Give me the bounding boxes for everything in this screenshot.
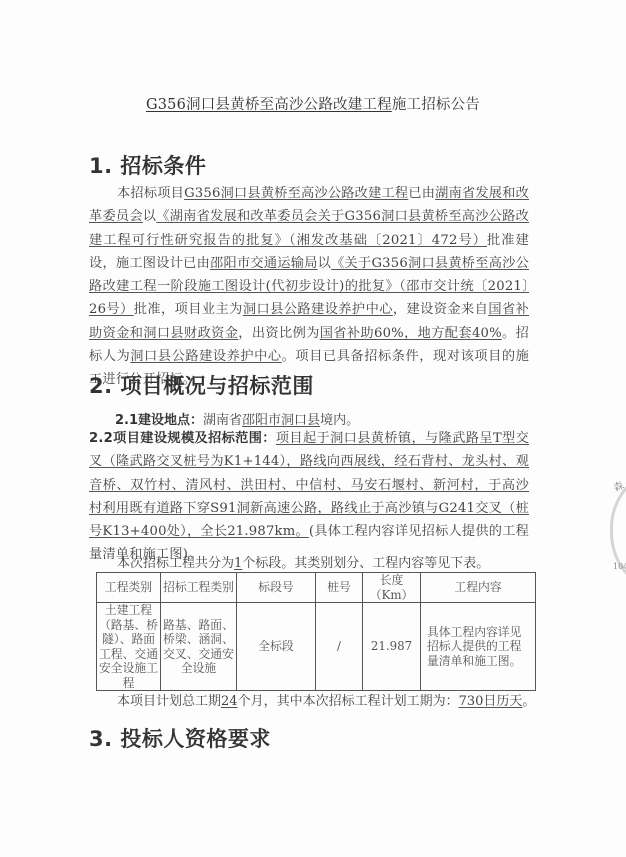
header-project-category: 工程类别: [97, 573, 161, 603]
text: 批准，项目业主为: [134, 302, 243, 317]
table-row: 土建工程（路基、桥隧）、路面工程、交通安全设施工程 路基、路面、桥梁、涵洞、交叉…: [97, 603, 536, 691]
tenderer: 洞口县公路建设养护中心: [130, 349, 281, 364]
text: 湖南省: [203, 413, 242, 428]
tender-duration-days: 730日历天: [459, 694, 523, 709]
cell-work-content: 具体工程内容详见招标人提供的工程量清单和施工图。: [421, 603, 536, 691]
project-name: G356洞口县黄桥至高沙公路改建工程: [184, 186, 408, 201]
location-label: 2.1建设地点：: [115, 413, 203, 428]
document-title: G356洞口县黄桥至高沙公路改建工程施工招标公告: [0, 93, 626, 114]
header-tender-category: 招标工程类别: [161, 573, 237, 603]
text: 个月，其中本次招标工程计划工期为：: [238, 694, 459, 709]
title-suffix: 施工招标公告: [392, 97, 480, 113]
text: 已由: [408, 186, 435, 201]
scope-label: 2.2项目建设规模及招标范围：: [89, 431, 276, 446]
text: 。: [522, 694, 535, 709]
header-section-number: 标段号: [237, 573, 316, 603]
text: ，出资比例为: [238, 326, 319, 341]
location-value: 邵阳市洞口县: [242, 413, 320, 428]
text: 以: [143, 209, 156, 224]
funding-ratio: 国省补助60%，地方配套40%: [320, 326, 502, 341]
project-owner: 洞口县公路建设养护中心: [243, 302, 393, 317]
cell-length: 21.987: [363, 603, 421, 691]
section-1-paragraph: 本招标项目G356洞口县黄桥至高沙公路改建工程已由湖南省发展和改革委员会以《湖南…: [89, 182, 529, 392]
bid-sections-table: 工程类别 招标工程类别 标段号 桩号 长度（Km） 工程内容 土建工程（路基、桥…: [96, 572, 536, 691]
cell-project-category: 土建工程（路基、桥隧）、路面工程、交通安全设施工程: [97, 603, 161, 691]
project-duration: 本项目计划总工期24个月，其中本次招标工程计划工期为：730日历天。: [117, 690, 535, 709]
header-length: 长度（Km）: [363, 573, 421, 603]
section-1-heading: 1. 招标条件: [89, 150, 206, 180]
sections-note: 本次招标工程共分为1个标段。其类别划分、工程内容等见下表。: [117, 552, 489, 571]
text: ，建设资金来自: [393, 302, 488, 317]
section-2-heading: 2. 项目概况与招标范围: [89, 370, 314, 400]
construction-location: 2.1建设地点：湖南省邵阳市洞口县境内。: [115, 409, 359, 428]
text: 本项目计划总工期: [117, 694, 221, 709]
design-authority: 邵阳市交通运输局: [210, 256, 318, 271]
header-station-number: 桩号: [316, 573, 363, 603]
seal-digits: 104: [613, 562, 626, 571]
table-header-row: 工程类别 招标工程类别 标段号 桩号 长度（Km） 工程内容: [97, 573, 536, 603]
total-duration-months: 24: [221, 694, 238, 709]
text: 个标段。其类别划分、工程内容等见下表。: [242, 556, 489, 571]
section-3-heading: 3. 投标人资格要求: [89, 723, 271, 753]
scope-description: 项目起于洞口县黄桥镇，与隆武路呈T型交叉（隆武路交叉桩号为K1+144），路线向…: [89, 431, 529, 539]
cell-tender-category: 路基、路面、桥梁、涵洞、交叉、交通安全设施: [161, 603, 237, 691]
text: 本次招标工程共分为: [117, 556, 234, 571]
document-page: G356洞口县黄桥至高沙公路改建工程施工招标公告 1. 招标条件 本招标项目G3…: [0, 0, 626, 857]
text: 境内。: [320, 413, 359, 428]
text: 以: [318, 256, 331, 271]
cell-station-number: /: [316, 603, 363, 691]
title-project-name: G356洞口县黄桥至高沙公路改建工程: [146, 97, 392, 113]
construction-scope: 2.2项目建设规模及招标范围：项目起于洞口县黄桥镇，与隆武路呈T型交叉（隆武路交…: [89, 427, 529, 567]
text: 本招标项目: [117, 186, 184, 201]
header-work-content: 工程内容: [421, 573, 536, 603]
cell-section-number: 全标段: [237, 603, 316, 691]
